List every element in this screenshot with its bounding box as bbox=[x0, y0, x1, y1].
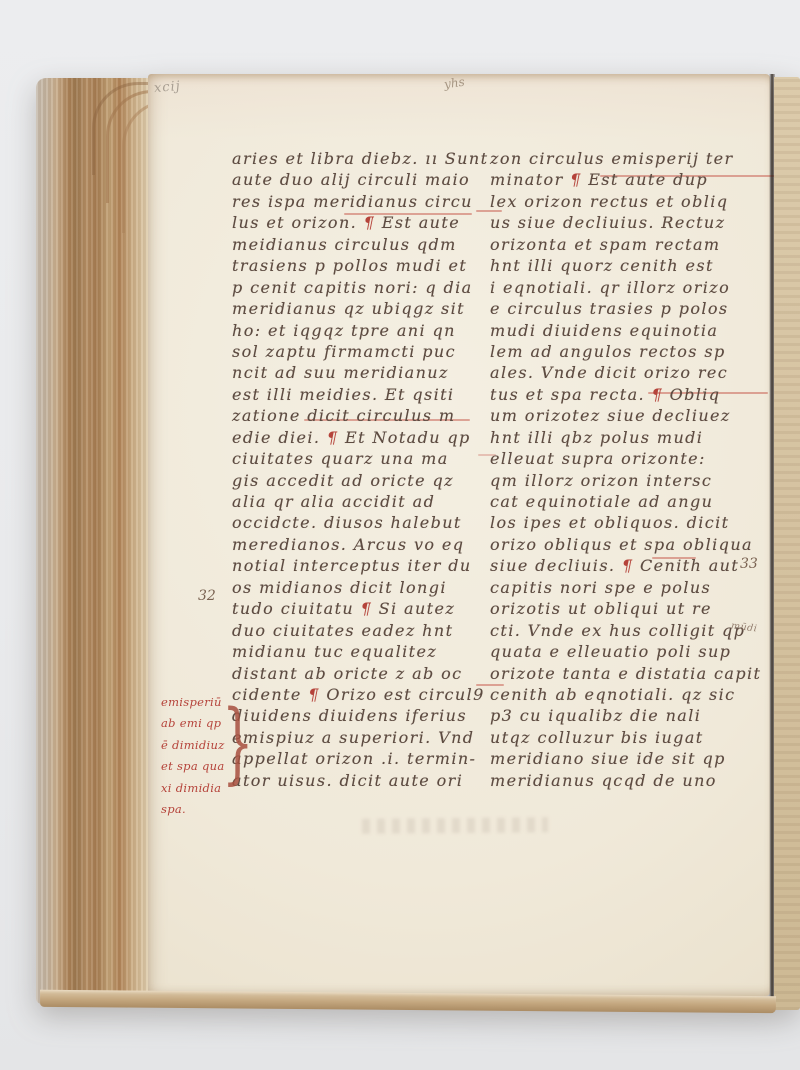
manuscript-line: meridianus qz ubiqgz sit bbox=[232, 298, 484, 319]
manuscript-line: zon circulus emisperij ter bbox=[490, 148, 742, 169]
manuscript-line: midianu tuc equalitez bbox=[232, 641, 484, 662]
manuscript-line: capitis nori spe e polus bbox=[490, 577, 742, 598]
manuscript-line: ho: et iqgqz tpre ani qn bbox=[232, 320, 484, 341]
pilcrow-mark: ¶ bbox=[308, 685, 320, 704]
manuscript-line: cti. Vnde ex hus colligit qp bbox=[490, 620, 742, 641]
manuscript-line: ab emi qp bbox=[161, 717, 231, 738]
manuscript-line: meridiano siue ide sit qp bbox=[490, 748, 742, 769]
manuscript-line: duo ciuitates eadez hnt bbox=[232, 620, 484, 641]
manuscript-line: orizonta et spam rectam bbox=[490, 234, 742, 255]
pilcrow-mark: ¶ bbox=[652, 385, 664, 404]
manuscript-line: quata e elleuatio poli sup bbox=[490, 641, 742, 662]
manuscript-line: um orizotez siue decliuez bbox=[490, 405, 742, 426]
pilcrow-mark: ¶ bbox=[327, 428, 339, 447]
manuscript-line: meredianos. Arcus vo eq bbox=[232, 534, 484, 555]
manuscript-line: os midianos dicit longi bbox=[232, 577, 484, 598]
manuscript-line: cidente ¶ Orizo est circul9 bbox=[232, 684, 484, 705]
manuscript-line: p cenit capitis nori: q dia bbox=[232, 277, 484, 298]
manuscript-photo: xcij yhs aries et libra diebz. ıı Suntau… bbox=[0, 0, 800, 1070]
folio-number: xcij bbox=[153, 79, 181, 96]
manuscript-line: hnt illi qbz polus mudi bbox=[490, 427, 742, 448]
manuscript-line: ales. Vnde dicit orizo rec bbox=[490, 362, 742, 383]
manuscript-line: aute duo alij circuli maio bbox=[232, 169, 484, 190]
manuscript-line: ciuitates quarz una ma bbox=[232, 448, 484, 469]
manuscript-line: est illi meidies. Et qsiti bbox=[232, 384, 484, 405]
manuscript-line: appellat orizon .i. termin- bbox=[232, 748, 484, 769]
manuscript-line: occidcte. diusos halebut bbox=[232, 512, 484, 533]
manuscript-line: hnt illi quorz cenith est bbox=[490, 255, 742, 276]
manuscript-line: ator uisus. dicit aute ori bbox=[232, 770, 484, 791]
manuscript-line: orizote tanta e distatia capit bbox=[490, 663, 742, 684]
margin-number-33: 33 bbox=[740, 556, 758, 572]
manuscript-line: cenith ab eqnotiali. qz sic bbox=[490, 684, 742, 705]
manuscript-line: orizotis ut obliqui ut re bbox=[490, 598, 742, 619]
manuscript-line: utqz colluzur bis iugat bbox=[490, 727, 742, 748]
manuscript-line: emisperiū bbox=[161, 696, 231, 717]
pilcrow-mark: ¶ bbox=[361, 599, 373, 618]
manuscript-line: distant ab oricte z ab oc bbox=[232, 663, 484, 684]
manuscript-line: mudi diuidens equinotia bbox=[490, 320, 742, 341]
manuscript-line: trasiens p pollos mudi et bbox=[232, 255, 484, 276]
manuscript-line: i eqnotiali. qr illorz orizo bbox=[490, 277, 742, 298]
manuscript-line: p3 cu iqualibz die nali bbox=[490, 705, 742, 726]
manuscript-line: diuidens diuidens iferius bbox=[232, 705, 484, 726]
manuscript-line: lus et orizon. ¶ Est aute bbox=[232, 212, 484, 233]
manuscript-line: edie diei. ¶ Et Notadu qp bbox=[232, 427, 484, 448]
manuscript-line: cat equinotiale ad angu bbox=[490, 491, 742, 512]
manuscript-line: us siue decliuius. Rectuz bbox=[490, 212, 742, 233]
manuscript-line: alia qr alia accidit ad bbox=[232, 491, 484, 512]
manuscript-line: orizo obliqus et spa obliqua bbox=[490, 534, 742, 555]
manuscript-line: e circulus trasies p polos bbox=[490, 298, 742, 319]
manuscript-line: sol zaptu firmamcti puc bbox=[232, 341, 484, 362]
manuscript-line: tus et spa recta. ¶ Obliq bbox=[490, 384, 742, 405]
verso-show-through bbox=[362, 817, 548, 834]
manuscript-line: zatione dicit circulus m bbox=[232, 405, 484, 426]
manuscript-line: lex orizon rectus et obliq bbox=[490, 191, 742, 212]
manuscript-line: elleuat supra orizonte: bbox=[490, 448, 742, 469]
manuscript-line: minator ¶ Est aute dup bbox=[490, 169, 742, 190]
pilcrow-mark: ¶ bbox=[622, 556, 634, 575]
manuscript-page: xcij yhs aries et libra diebz. ıı Suntau… bbox=[148, 74, 770, 996]
manuscript-line: et spa qua bbox=[161, 760, 231, 781]
gloss-brace: } bbox=[222, 690, 254, 794]
manuscript-line: meridianus qcqd de uno bbox=[490, 770, 742, 791]
manuscript-line: spa. bbox=[161, 803, 231, 824]
manuscript-line: qm illorz orizon intersc bbox=[490, 470, 742, 491]
margin-number-32: 32 bbox=[198, 588, 216, 604]
manuscript-line: ncit ad suu meridianuz bbox=[232, 362, 484, 383]
manuscript-line: res ispa meridianus circu bbox=[232, 191, 484, 212]
manuscript-line: emispiuz a superiori. Vnd bbox=[232, 727, 484, 748]
text-column-left: aries et libra diebz. ıı Suntaute duo al… bbox=[232, 148, 484, 791]
manuscript-line: notial interceptus iter du bbox=[232, 555, 484, 576]
manuscript-line: gis accedit ad oricte qz bbox=[232, 470, 484, 491]
manuscript-line: siue decliuis. ¶ Cenith aut bbox=[490, 555, 742, 576]
text-column-right: zon circulus emisperij terminator ¶ Est … bbox=[490, 148, 742, 791]
quire-mark: yhs bbox=[443, 75, 465, 92]
pilcrow-mark: ¶ bbox=[570, 170, 582, 189]
manuscript-line: xi dimidia bbox=[161, 782, 231, 803]
codex: xcij yhs aries et libra diebz. ıı Suntau… bbox=[36, 74, 800, 1010]
manuscript-line: meidianus circulus qdm bbox=[232, 234, 484, 255]
manuscript-line: aries et libra diebz. ıı Sunt bbox=[232, 148, 484, 169]
facing-page-edge bbox=[774, 77, 800, 1010]
manuscript-line: tudo ciuitatu ¶ Si autez bbox=[232, 598, 484, 619]
manuscript-line: lem ad angulos rectos sp bbox=[490, 341, 742, 362]
pilcrow-mark: ¶ bbox=[364, 213, 376, 232]
marginal-gloss: emisperiūab emi qpē dimidiuzet spa quaxi… bbox=[161, 696, 231, 825]
manuscript-line: los ipes et obliquos. dicit bbox=[490, 512, 742, 533]
manuscript-line: ē dimidiuz bbox=[161, 739, 231, 760]
